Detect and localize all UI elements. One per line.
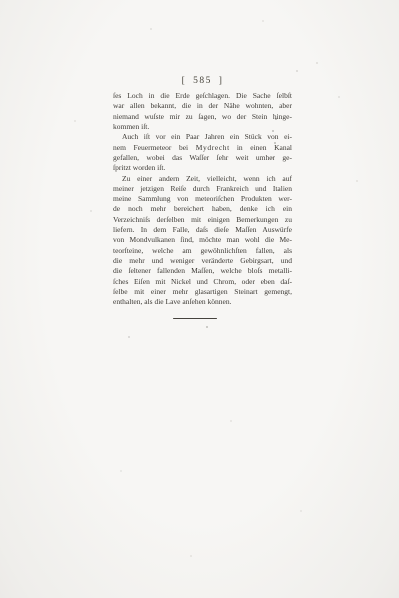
paragraph: Auch iſt vor ein Paar Jahren ein Stück v…: [113, 132, 292, 173]
text-block: [ 585 ] ſes Loch in die Erde geſchlagen.…: [113, 76, 292, 319]
text-line: Zu einer andern Zeit, vielleicht, wenn i…: [113, 174, 292, 184]
scanned-book-page: [ 585 ] ſes Loch in die Erde geſchlagen.…: [0, 0, 399, 598]
scan-noise: [0, 0, 2, 2]
text-line: Auch iſt vor ein Paar Jahren ein Stück v…: [113, 132, 292, 142]
text-line: enthalten, als die Lave anſehen können.: [113, 297, 292, 307]
text-line: ſpritzt worden iſt.: [113, 163, 292, 173]
text-line: meiner jetzigen Reiſe durch Frankreich u…: [113, 184, 292, 194]
text-line: kommen iſt.: [113, 122, 292, 132]
text-line: die mehr und weniger veränderte Gebirgsa…: [113, 256, 292, 266]
text-line: ſes Loch in die Erde geſchlagen. Die Sac…: [113, 91, 292, 101]
paragraph: ſes Loch in die Erde geſchlagen. Die Sac…: [113, 91, 292, 132]
text-line: von Mondvulkanen ſind, möchte man wohl d…: [113, 235, 292, 245]
page-number: [ 585 ]: [113, 76, 292, 87]
text-line: liefern. In dem Falle, daſs dieſe Maſſen…: [113, 225, 292, 235]
text-line: niemand wuſste mir zu ſagen, wo der Stei…: [113, 112, 292, 122]
text-line: ſelbe mit einer mehr glasartigen Steinar…: [113, 287, 292, 297]
section-divider-rule: [173, 318, 217, 320]
text-line: de noch mehr bereichert haben, denke ich…: [113, 204, 292, 214]
text-line: die ſeltener fallenden Maſſen, welche bl…: [113, 266, 292, 276]
text-line: ſches Eiſen mit Nickel und Chrom, oder e…: [113, 277, 292, 287]
text-line: war allen bekannt, die in der Nähe wohnt…: [113, 101, 292, 111]
text-line: nem Feuermeteor bei M y d r e c h t in e…: [113, 143, 292, 153]
text-line: meine Sammlung von meteoriſchen Produkte…: [113, 194, 292, 204]
text-line: teorſteine, welche am gewöhnlichſten fal…: [113, 246, 292, 256]
text-line: gefallen, wobei das Waſſer ſehr weit umh…: [113, 153, 292, 163]
paragraph: Zu einer andern Zeit, vielleicht, wenn i…: [113, 174, 292, 308]
text-line: Verzeichniſs derſelben mit einigen Bemer…: [113, 215, 292, 225]
